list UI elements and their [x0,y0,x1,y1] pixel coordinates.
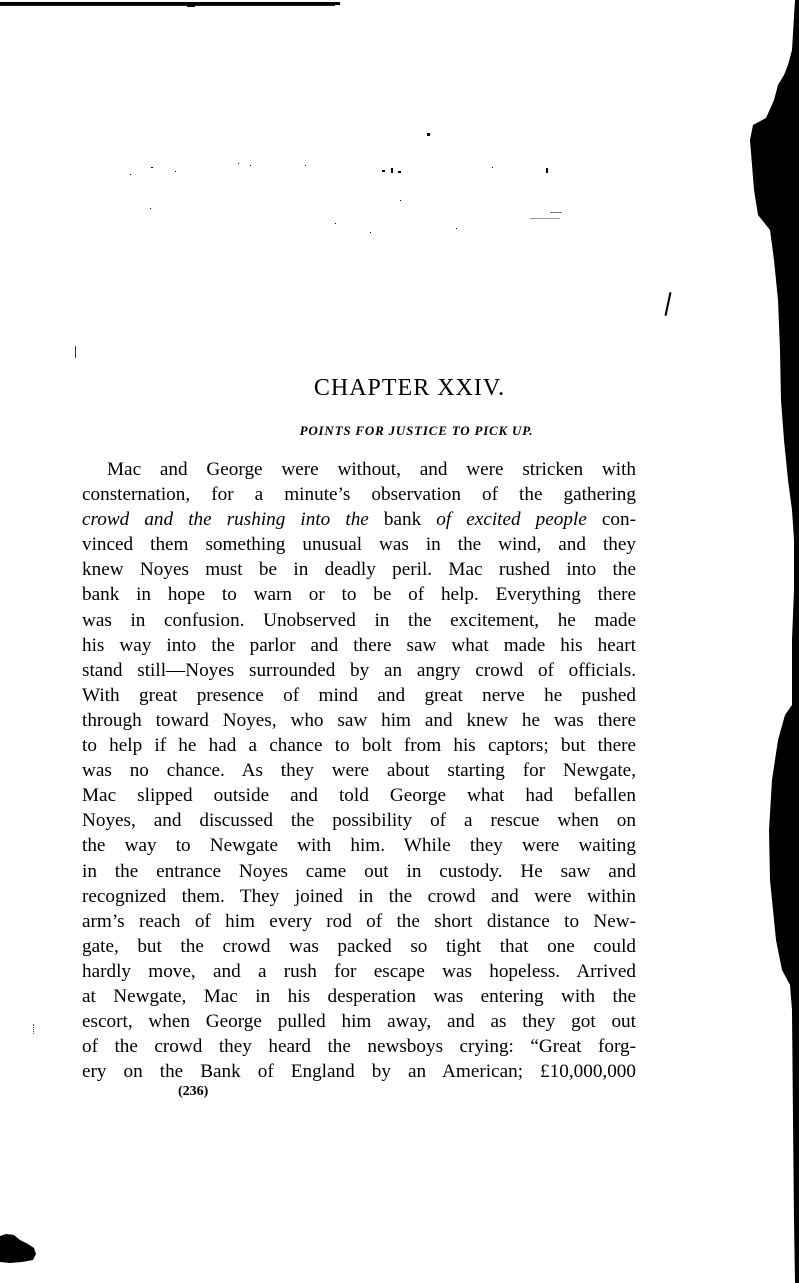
text-line: at Newgate, Mac in his desperation was e… [82,984,636,1009]
left-margin-mark [33,1024,38,1034]
text-line: escort, when George pulled him away, and… [82,1009,636,1034]
text-line: consternation, for a minute’s observatio… [82,482,636,507]
text-line: gate, but the crowd was packed so tight … [82,934,636,959]
top-edge-rule-thin [0,5,335,6]
left-margin-tick [75,346,76,358]
italic-text: crowd and the rushing into the [82,509,369,530]
text-line: the way to Newgate with him. While they … [82,833,636,858]
text-line: in the entrance Noyes came out in custod… [82,859,636,884]
text-line: Mac slipped outside and told George what… [82,783,636,808]
roman-text: con- [587,509,636,530]
text-line: of the crowd they heard the newsboys cry… [82,1034,636,1059]
chapter-body-text: Mac and George were without, and were st… [82,457,636,1084]
text-line: ery on the Bank of England by an America… [82,1059,636,1084]
chapter-heading: CHAPTER XXIV. [0,374,799,402]
text-line: Noyes, and discussed the possibility of … [82,808,636,833]
text-line: was in confusion. Unobserved in the exci… [82,608,636,633]
top-edge-blip [187,4,195,7]
text-line: Mac and George were without, and were st… [82,457,636,482]
text-line: bank in hope to warn or to be of help. E… [82,582,636,607]
binding-edge-shadow [740,0,799,1283]
text-line: With great presence of mind and great ne… [82,683,636,708]
margin-pencil-mark [665,292,672,316]
text-line: recognized them. They joined in the crow… [82,884,636,909]
italic-text: of excited people [436,509,587,530]
text-line: to help if he had a chance to bolt from … [82,733,636,758]
page-number: (236) [178,1084,208,1100]
text-line: through toward Noyes, who saw him and kn… [82,708,636,733]
roman-text: bank [369,509,436,530]
text-line: arm’s reach of him every rod of the shor… [82,909,636,934]
text-line: his way into the parlor and there saw wh… [82,633,636,658]
text-line: crowd and the rushing into the bank of e… [82,507,636,532]
text-line: knew Noyes must be in deadly peril. Mac … [82,557,636,582]
text-line: hardly move, and a rush for escape was h… [82,959,636,984]
text-line: vinced them something unusual was in the… [82,532,636,557]
corner-ink-smudge [0,1232,40,1268]
chapter-subtitle: POINTS FOR JUSTICE TO PICK UP. [0,422,799,440]
text-line: was no chance. As they were about starti… [82,758,636,783]
text-line: stand still—Noyes surrounded by an angry… [82,658,636,683]
